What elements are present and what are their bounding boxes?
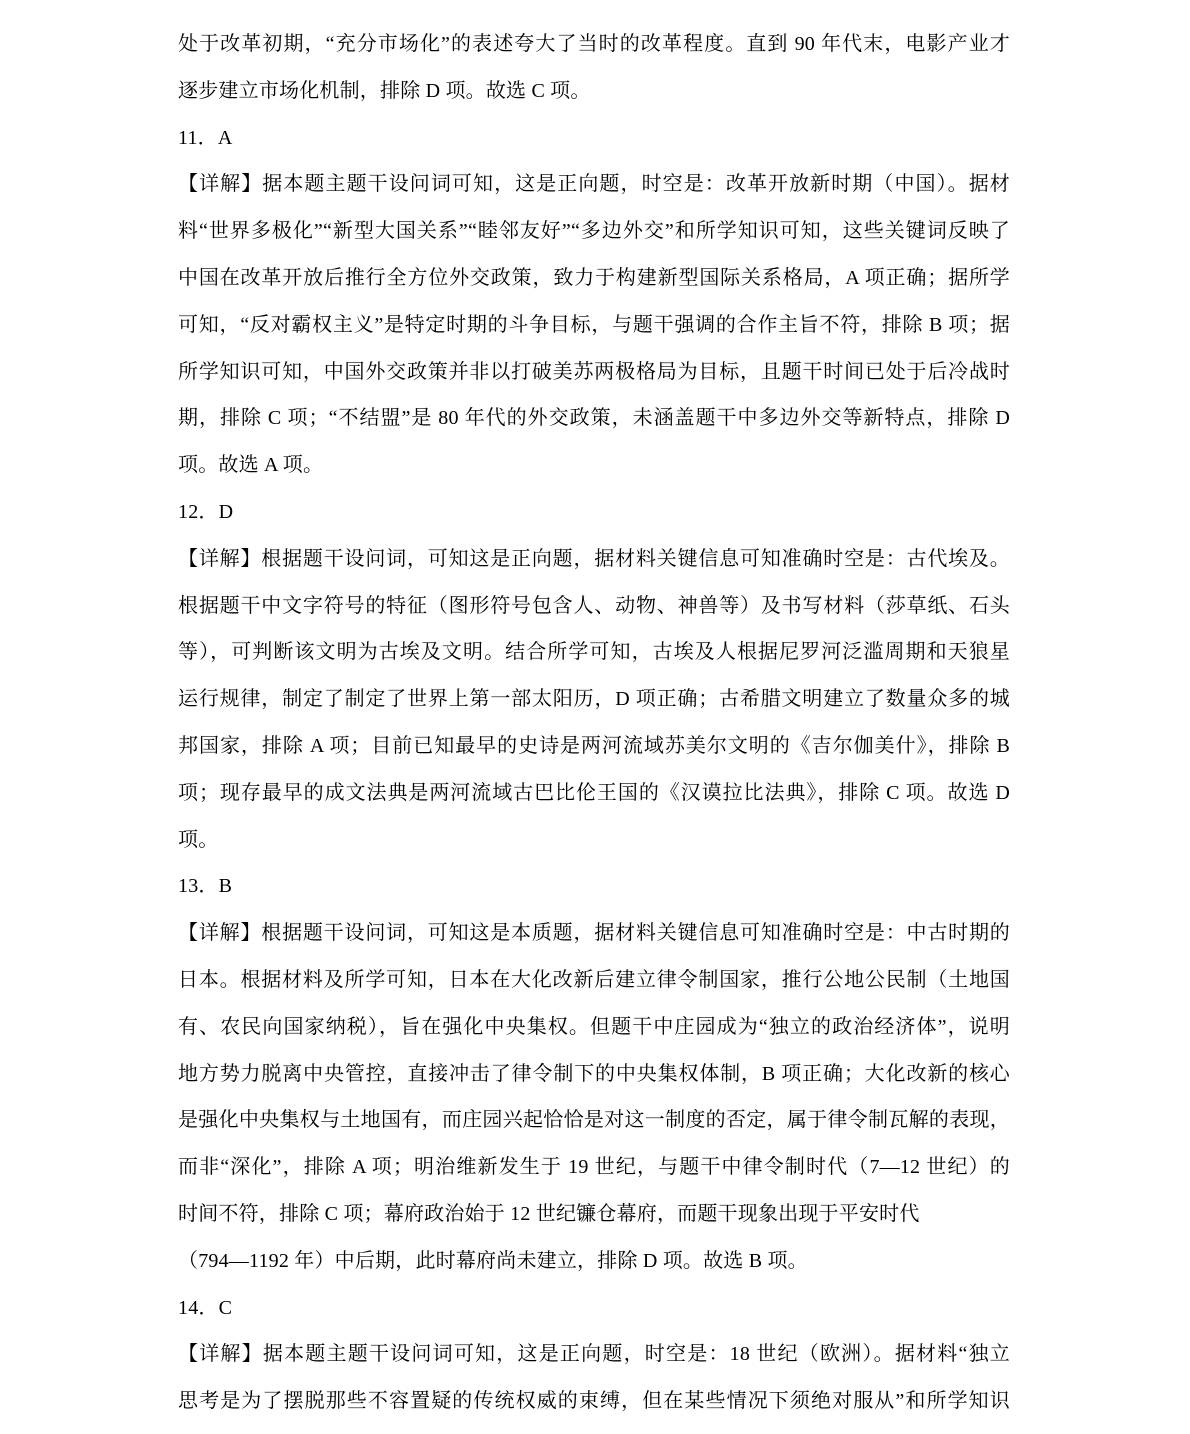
explanation-line: 处于改革初期，“充分市场化”的表述夸大了当时的改革程度。直到 90 年代末，电影…: [178, 21, 1010, 68]
explanation-line: 根据题干中文字符号的特征（图形符号包含人、动物、神兽等）及书写材料（莎草纸、石头: [178, 583, 1010, 630]
answer-heading-12: 12．D: [178, 489, 1010, 536]
explanation-line: 有、农民向国家纳税），旨在强化中央集权。但题干中庄园成为“独立的政治经济体”，说…: [178, 1004, 1010, 1051]
answer-heading-11: 11．A: [178, 115, 1010, 162]
explanation-line: 项。: [178, 817, 1010, 864]
explanation-line: 地方势力脱离中央管控，直接冲击了律令制下的中央集权体制，B 项正确；大化改新的核…: [178, 1051, 1010, 1098]
explanation-line: 可知，“反对霸权主义”是特定时期的斗争目标，与题干强调的合作主旨不符，排除 B …: [178, 302, 1010, 349]
explanation-line: 【详解】根据题干设问词，可知这是本质题，据材料关键信息可知准确时空是：中古时期的: [178, 910, 1010, 957]
answer-text-column: 处于改革初期，“充分市场化”的表述夸大了当时的改革程度。直到 90 年代末，电影…: [178, 21, 1010, 1425]
explanation-line: 料“世界多极化”“新型大国关系”“睦邻友好”“多边外交”和所学知识可知，这些关键…: [178, 208, 1010, 255]
explanation-line: 时间不符，排除 C 项；幕府政治始于 12 世纪镰仓幕府，而题干现象出现于平安时…: [178, 1191, 1010, 1238]
explanation-line: 等），可判断该文明为古埃及文明。结合所学可知，古埃及人根据尼罗河泛滥周期和天狼星: [178, 629, 1010, 676]
explanation-line: 而非“深化”，排除 A 项；明治维新发生于 19 世纪，与题干中律令制时代（7—…: [178, 1144, 1010, 1191]
explanation-line: 【详解】据本题主题干设问词可知，这是正向题，时空是：改革开放新时期（中国）。据材: [178, 161, 1010, 208]
explanation-line: 邦国家，排除 A 项；目前已知最早的史诗是两河流域苏美尔文明的《吉尔伽美什》，排…: [178, 723, 1010, 770]
explanation-line: 思考是为了摆脱那些不容置疑的传统权威的束缚，但在某些情况下须绝对服从”和所学知识: [178, 1378, 1010, 1425]
explanation-line: 日本。根据材料及所学可知，日本在大化改新后建立律令制国家，推行公地公民制（土地国: [178, 957, 1010, 1004]
explanation-line: 期，排除 C 项；“不结盟”是 80 年代的外交政策，未涵盖题干中多边外交等新特…: [178, 395, 1010, 442]
answer-heading-13: 13．B: [178, 863, 1010, 910]
explanation-line: 【详解】据本题主题干设问词可知，这是正向题，时空是：18 世纪（欧洲）。据材料“…: [178, 1331, 1010, 1378]
explanation-line: （794—1192 年）中后期，此时幕府尚未建立，排除 D 项。故选 B 项。: [178, 1238, 1010, 1285]
explanation-line: 逐步建立市场化机制，排除 D 项。故选 C 项。: [178, 68, 1010, 115]
answer-heading-14: 14．C: [178, 1285, 1010, 1332]
explanation-line: 运行规律，制定了制定了世界上第一部太阳历，D 项正确；古希腊文明建立了数量众多的…: [178, 676, 1010, 723]
explanation-line: 中国在改革开放后推行全方位外交政策，致力于构建新型国际关系格局，A 项正确；据所…: [178, 255, 1010, 302]
explanation-line: 所学知识可知，中国外交政策并非以打破美苏两极格局为目标，且题干时间已处于后冷战时: [178, 349, 1010, 396]
explanation-line: 项；现存最早的成文法典是两河流域古巴比伦王国的《汉谟拉比法典》，排除 C 项。故…: [178, 770, 1010, 817]
document-page: 处于改革初期，“充分市场化”的表述夸大了当时的改革程度。直到 90 年代末，电影…: [0, 0, 1190, 1434]
explanation-line: 是强化中央集权与土地国有，而庄园兴起恰恰是对这一制度的否定，属于律令制瓦解的表现…: [178, 1097, 1010, 1144]
explanation-line: 项。故选 A 项。: [178, 442, 1010, 489]
explanation-line: 【详解】根据题干设问词，可知这是正向题，据材料关键信息可知准确时空是：古代埃及。: [178, 536, 1010, 583]
